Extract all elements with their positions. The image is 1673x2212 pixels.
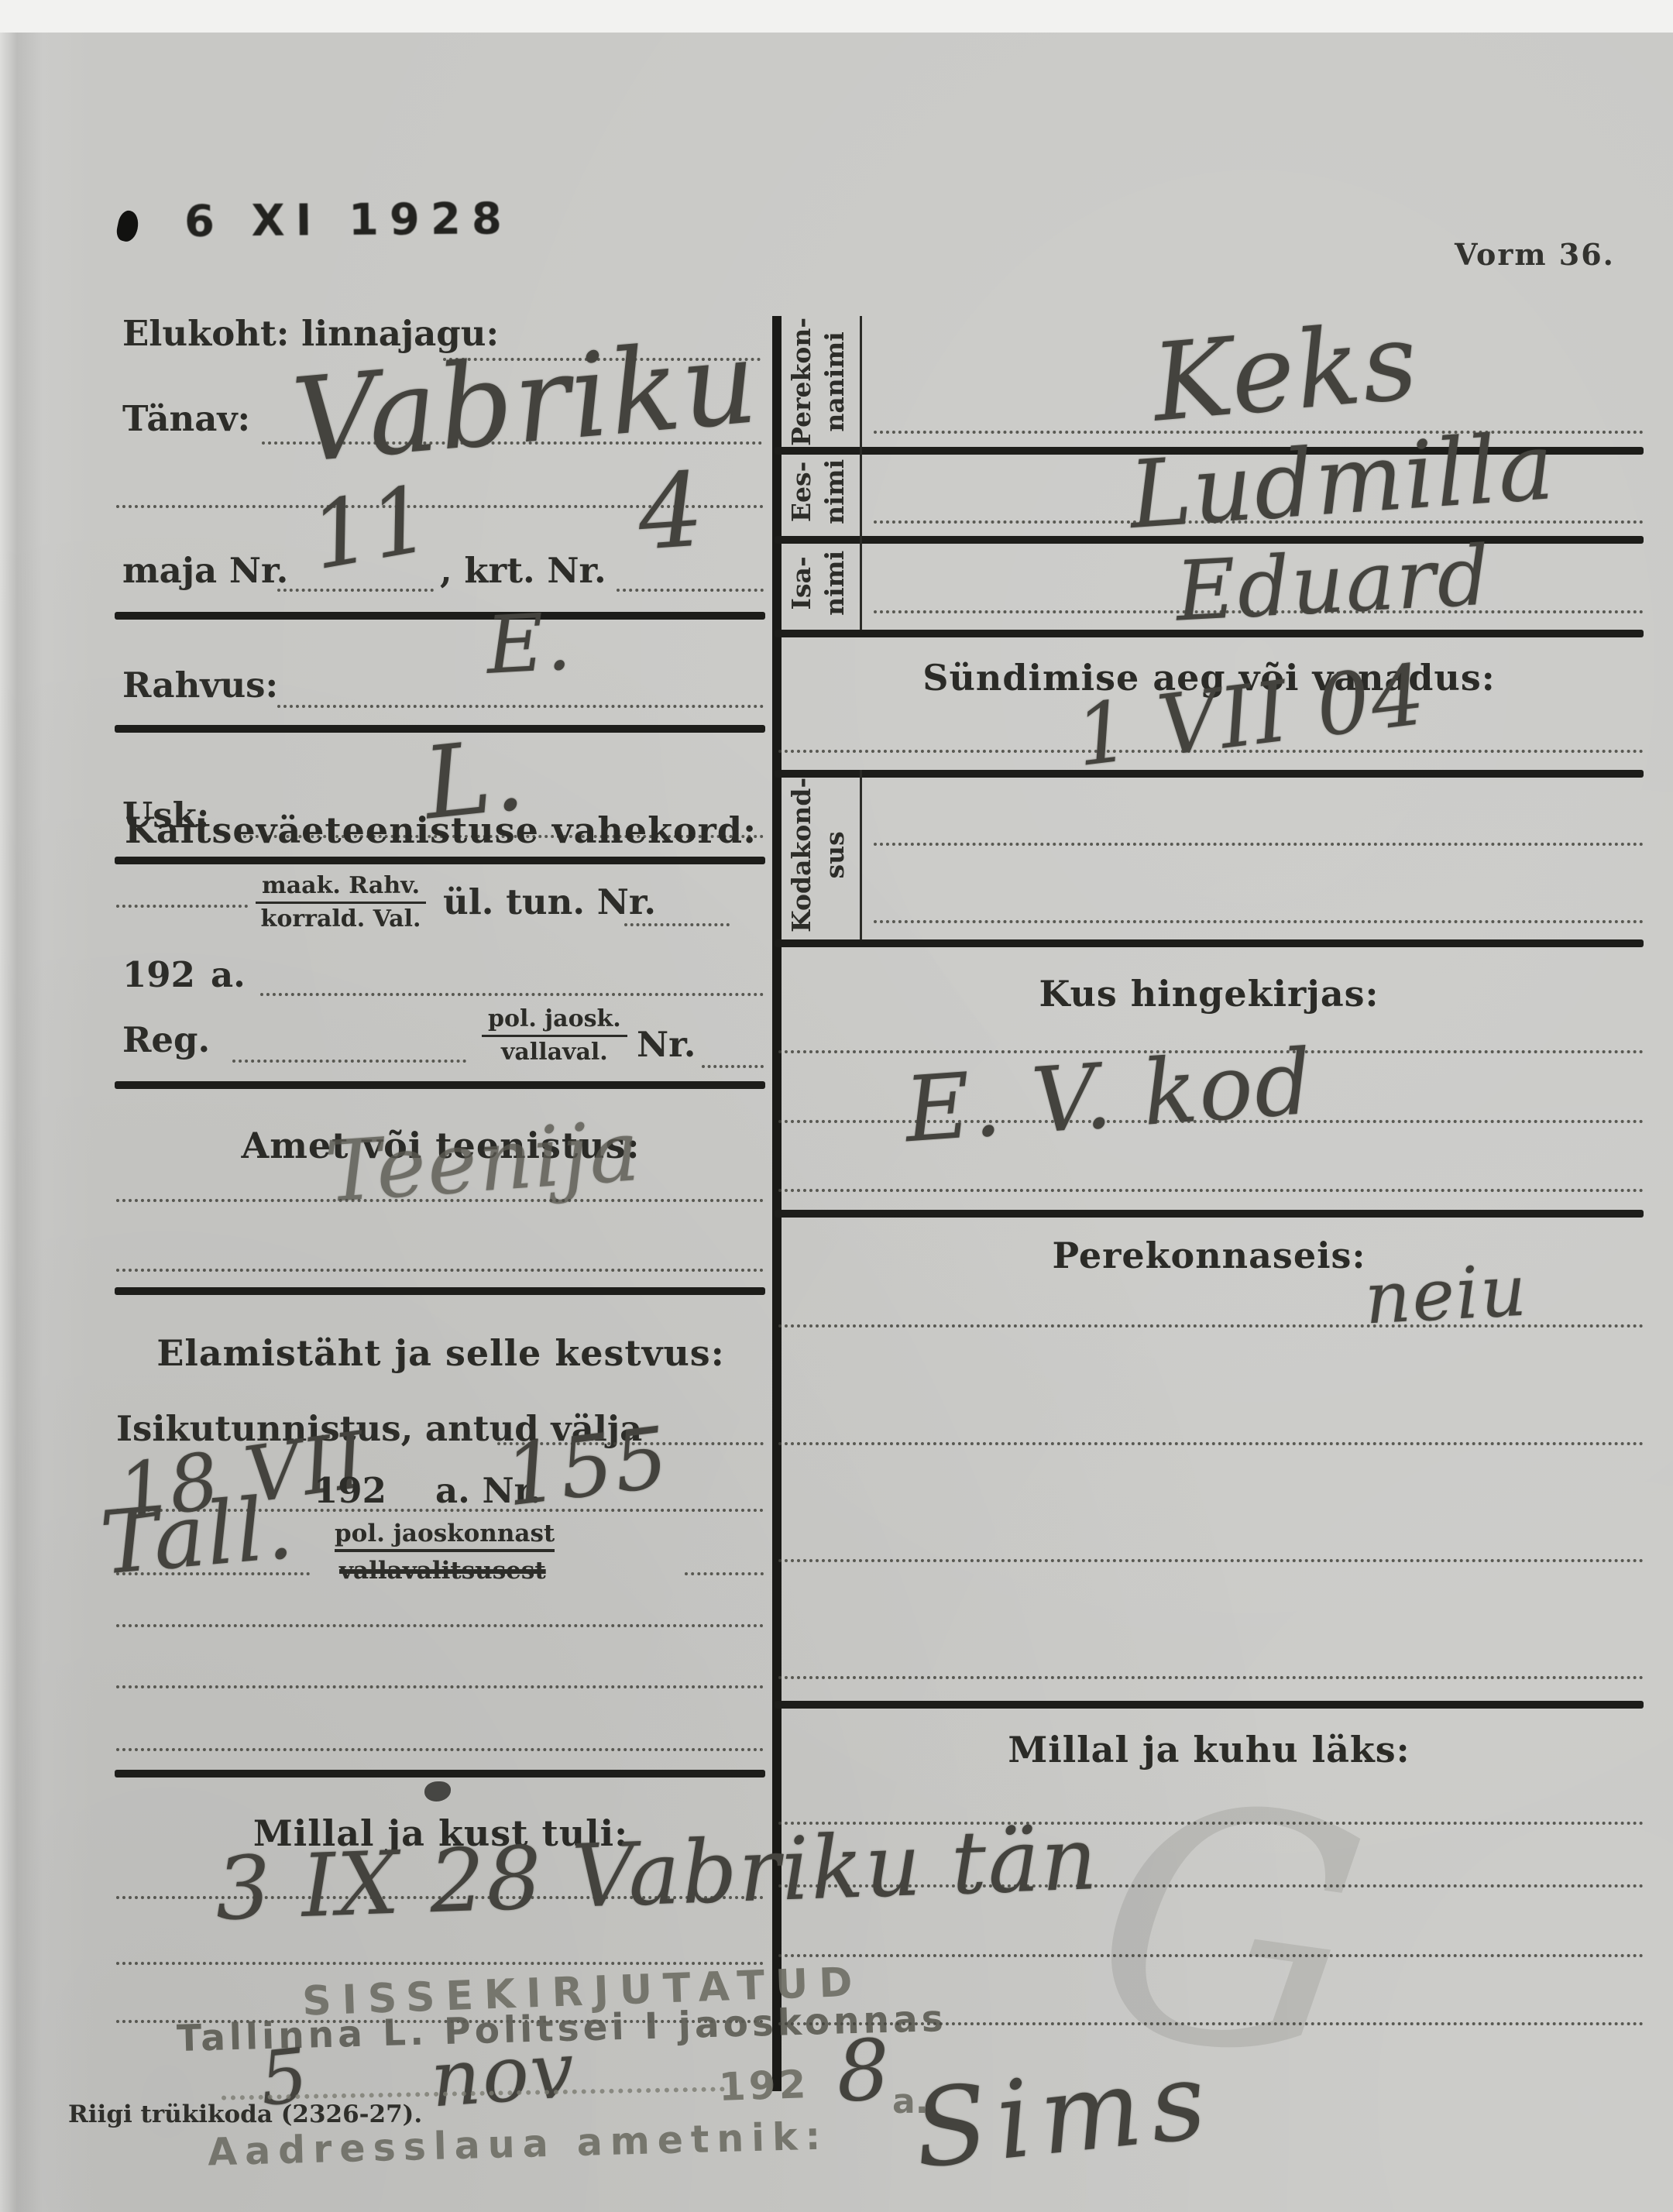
dotted-line: [778, 750, 1644, 753]
section-rule: [115, 1770, 765, 1777]
scanned-registration-form: 6 XI 1928 Vorm 36. Elukoht: linnajagu: T…: [0, 0, 1673, 2212]
pol-jaosk-fraction: pol. jaosk. vallaval.: [482, 1005, 627, 1066]
dotted-line: [624, 923, 730, 926]
surname-label-line2: nanimi: [819, 331, 850, 431]
dotted-line: [116, 905, 248, 908]
maja-nr-handwriting: 11: [303, 465, 439, 591]
father-handwriting: Eduard: [1173, 527, 1493, 639]
fraction-top: maak. Rahv.: [256, 872, 426, 904]
fraction-top: pol. jaosk.: [482, 1005, 627, 1037]
tanav-label: Tänav:: [122, 398, 250, 439]
dotted-line: [116, 1624, 764, 1627]
kaitse-header: Kaitseväeteenistuse vahekord:: [116, 809, 765, 851]
surname-label-cell: Perekon- nanimi: [778, 316, 859, 447]
issue-year-label: 192: [314, 1470, 386, 1511]
citizenship-label-line2: sus: [819, 831, 850, 878]
section-rule: [775, 939, 1644, 947]
issue-place-handwriting: Tall.: [97, 1477, 298, 1594]
section-rule: [115, 1287, 765, 1295]
dotted-line: [874, 843, 1644, 846]
dotted-line: [685, 1572, 764, 1575]
dotted-line: [116, 1962, 764, 1965]
citizenship-label-line1: Kodakond-: [786, 777, 816, 932]
dotted-line: [778, 1442, 1644, 1445]
label-cell-separator: [860, 770, 862, 939]
fraction-bottom: korrald. Val.: [256, 904, 426, 933]
hingekiri-header: Kus hingekirjas:: [775, 973, 1644, 1015]
ul-tun-label: ül. tun. Nr.: [443, 881, 656, 922]
year-192-label: 192: [122, 954, 195, 995]
dotted-line: [277, 705, 764, 708]
amet-handwriting: Teenija: [322, 1103, 644, 1221]
section-rule: [115, 857, 765, 864]
dotted-line: [702, 1065, 764, 1068]
dotted-line: [874, 610, 1644, 613]
section-rule: [775, 770, 1644, 778]
label-cell-separator: [860, 316, 862, 447]
stamp-year-printed: 192: [718, 2062, 809, 2110]
father-label-line2: nimi: [819, 551, 850, 616]
section-rule: [775, 1210, 1644, 1218]
maja-nr-label: maja Nr.: [122, 550, 288, 591]
maak-rahv-fraction: maak. Rahv. korrald. Val.: [256, 872, 426, 933]
section-rule: [115, 612, 765, 620]
dotted-line: [617, 589, 764, 592]
issue-nr-handwriting: 155: [500, 1410, 675, 1526]
date-stamp: 6 XI 1928: [184, 194, 513, 247]
scan-edge: [0, 0, 1673, 33]
firstname-label-line1: Ees-: [786, 461, 816, 521]
ink-blot: [424, 1781, 451, 1802]
vallavalitsusest-label: vallavalitsusest: [339, 1557, 546, 1585]
dotted-line: [116, 1748, 764, 1751]
citizenship-label-cell: Kodakond- sus: [778, 770, 859, 939]
father-label-line1: Isa-: [786, 556, 816, 610]
dotted-line: [874, 520, 1644, 524]
dotted-line: [232, 1060, 466, 1063]
dotted-line: [116, 1199, 764, 1202]
dotted-line: [116, 1269, 764, 1272]
reg-label: Reg.: [122, 1019, 210, 1060]
krt-nr-handwriting: 4: [634, 450, 709, 574]
dotted-line: [277, 589, 434, 592]
stamp-month-handwriting: nov: [428, 2025, 579, 2125]
nr-label: Nr.: [637, 1024, 696, 1065]
dotted-line: [778, 1189, 1644, 1192]
dotted-line: [778, 1676, 1644, 1679]
section-rule: [775, 630, 1644, 637]
dotted-line: [874, 920, 1644, 923]
ink-blot: [115, 209, 141, 244]
firstname-label-cell: Ees- nimi: [778, 447, 859, 536]
rahvus-handwriting: E.: [484, 596, 575, 692]
krt-nr-label: , krt. Nr.: [440, 550, 606, 591]
label-cell-separator: [860, 447, 862, 536]
label-cell-separator: [860, 536, 862, 630]
fraction-bottom: vallaval.: [482, 1037, 627, 1066]
dotted-line: [778, 1324, 1644, 1328]
firstname-label-line2: nimi: [819, 459, 850, 524]
section-rule: [115, 1081, 765, 1089]
rahvus-label: Rahvus:: [122, 665, 278, 706]
dotted-line: [260, 993, 764, 996]
section-rule: [775, 1701, 1644, 1709]
stamp-year-handwriting: 8: [834, 2021, 894, 2121]
pencil-mark: G: [1075, 1726, 1385, 2138]
surname-label-line1: Perekon-: [786, 318, 816, 446]
surname-handwriting: Keks: [1148, 298, 1424, 445]
printer-note: Riigi trükikoda (2326-27).: [68, 2100, 422, 2128]
dotted-line: [778, 1120, 1644, 1123]
a-label: a.: [211, 954, 246, 995]
dotted-line: [116, 1572, 310, 1575]
dotted-line: [778, 1559, 1644, 1562]
elamistaht-header: Elamistäht ja selle kestvus:: [116, 1332, 765, 1374]
dotted-line: [116, 1685, 764, 1688]
form-number: Vorm 36.: [1455, 237, 1615, 272]
father-label-cell: Isa- nimi: [778, 536, 859, 630]
pol-jaoskonnast-label: pol. jaoskonnast: [335, 1520, 555, 1552]
